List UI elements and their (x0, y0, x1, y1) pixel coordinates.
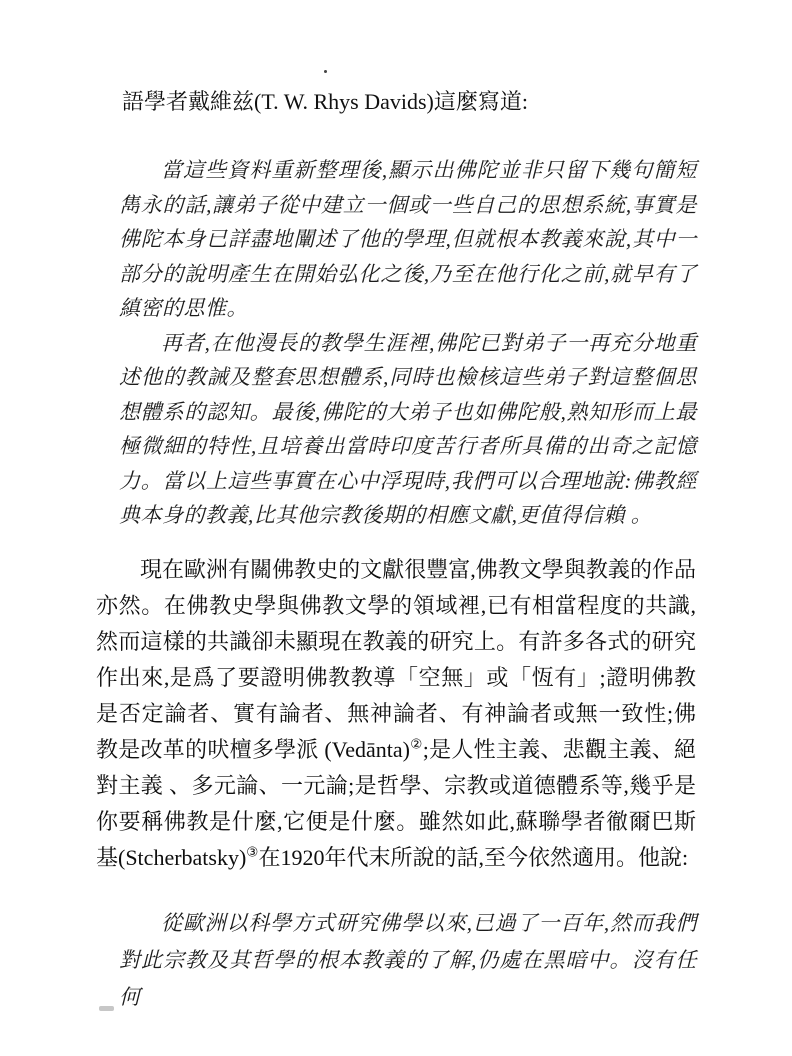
superscript-note-ref: ③ (246, 845, 258, 860)
quote-paragraph-3: 從歐洲以科學方式研究佛學以來,已過了一百年,然而我們對此宗教及其哲學的根本教義的… (119, 905, 697, 1016)
text-run: 在1920年代末所說的話,至今依然適用。他說: (259, 845, 689, 870)
main-body-paragraph: 現在歐洲有關佛教史的文獻很豐富,佛教文學與教義的作品亦然。在佛教史學與佛教文學的… (96, 552, 696, 876)
block-quote-stcherbatsky: 從歐洲以科學方式研究佛學以來,已過了一百年,然而我們對此宗教及其哲學的根本教義的… (119, 905, 697, 1016)
text-run: 現在歐洲有關佛教史的文獻很豐富,佛教文學與教義的作品亦然。在佛教史學與佛教文學的… (96, 557, 696, 762)
scanned-book-page: 語學者戴維兹(T. W. Rhys Davids)這麼寫道: 當這些資料重新整理… (0, 0, 792, 1056)
block-quote-rhys-davids: 當這些資料重新整理後,顯示出佛陀並非只留下幾句簡短雋永的話,讓弟子從中建立一個或… (119, 153, 697, 533)
superscript-note-ref: ② (410, 737, 423, 752)
quote-paragraph-1: 當這些資料重新整理後,顯示出佛陀並非只留下幾句簡短雋永的話,讓弟子從中建立一個或… (119, 153, 697, 326)
quote-paragraph-2: 再者,在他漫長的教學生涯裡,佛陀已對弟子一再充分地重述他的教誡及整套思想體系,同… (119, 326, 697, 533)
scan-speck-artifact (324, 70, 327, 73)
scan-smudge-artifact (99, 1006, 114, 1011)
intro-line: 語學者戴維兹(T. W. Rhys Davids)這麼寫道: (122, 86, 702, 118)
